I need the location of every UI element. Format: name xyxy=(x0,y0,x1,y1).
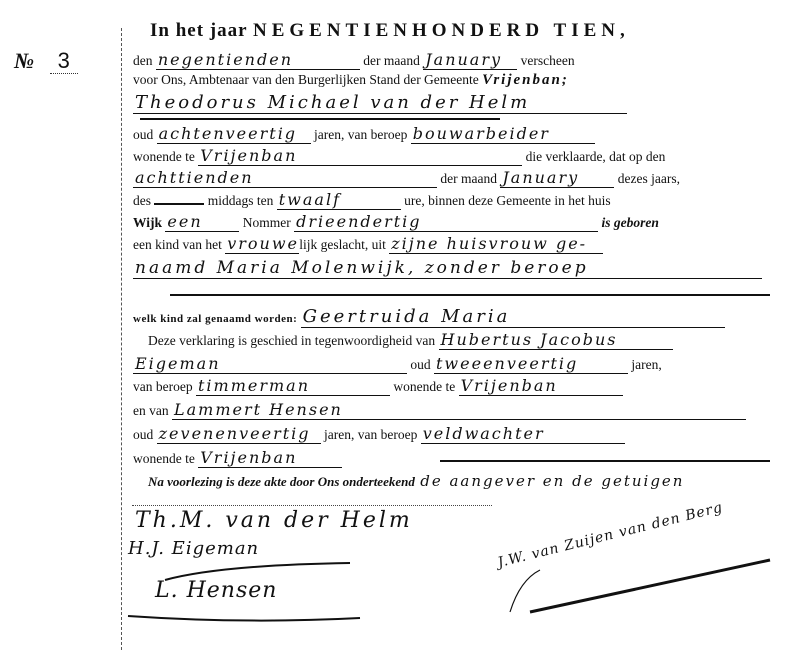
handwritten-birth-day: achttienden xyxy=(133,168,437,188)
static-text: des xyxy=(133,193,151,208)
line-witness2-residence: wonende te Vrijenban xyxy=(133,448,342,468)
handwritten-witness2-residence: Vrijenban xyxy=(198,448,342,468)
handwritten-nommer: drieendertig xyxy=(294,212,598,232)
static-text: oud xyxy=(410,357,430,372)
document-heading: In het jaar NEGENTIENHONDERD TIEN, xyxy=(150,20,630,42)
line-birth-time: des middags ten twaalf ure, binnen deze … xyxy=(133,190,611,210)
line-birth-date: achttienden der maand January dezes jaar… xyxy=(133,168,680,188)
handwritten-residence: Vrijenban xyxy=(198,146,522,166)
handwritten-witness2-occupation: veldwachter xyxy=(421,424,625,444)
handwritten-mother-a: zijne huisvrouw ge- xyxy=(389,234,603,254)
static-text: van beroep xyxy=(133,379,193,394)
flourish-witness2 xyxy=(125,610,365,630)
line-date: den negentienden der maand January versc… xyxy=(133,50,575,70)
static-text: ure, binnen deze Gemeente in het huis xyxy=(404,193,611,208)
handwritten-declarant-name: Theodorus Michael van der Helm xyxy=(133,92,627,114)
handwritten-witness1-occupation: timmerman xyxy=(196,376,390,396)
static-text: Wijk xyxy=(133,215,162,230)
static-text: der maand xyxy=(440,171,497,186)
static-text: oud xyxy=(133,127,153,142)
line-witness1: Deze verklaring is geschied in tegenwoor… xyxy=(148,330,673,350)
static-text: der maand xyxy=(363,53,420,68)
handwritten-witness2: Lammert Hensen xyxy=(172,400,746,420)
handwritten-occupation: bouwarbeider xyxy=(411,124,595,144)
static-text: den xyxy=(133,53,153,68)
line-sex-mother: een kind van het vrouwelijk geslacht, ui… xyxy=(133,234,603,254)
static-text: is geboren xyxy=(602,215,659,230)
handwritten-witness1-b: Eigeman xyxy=(133,354,407,374)
line-declarant: Theodorus Michael van der Helm xyxy=(133,92,627,114)
static-text: lijk geslacht, uit xyxy=(299,237,386,252)
line-residence: wonende te Vrijenban die verklaarde, dat… xyxy=(133,146,665,166)
static-text: oud xyxy=(133,427,153,442)
underline xyxy=(170,294,770,296)
static-text: Nommer xyxy=(243,215,291,230)
line-child-name: welk kind zal genaamd worden: Geertruida… xyxy=(133,306,725,328)
handwritten-witness1-a: Hubertus Jacobus xyxy=(439,330,673,350)
static-text: wonende te xyxy=(393,379,455,394)
handwritten-signers: de aangever en de getuigen xyxy=(418,472,686,490)
static-text: jaren, xyxy=(631,357,661,372)
static-text: dezes jaars, xyxy=(618,171,680,186)
handwritten-day: negentienden xyxy=(156,50,360,70)
static-text: middags ten xyxy=(208,193,274,208)
signature-line xyxy=(132,505,492,506)
static-text: wonende te xyxy=(133,451,195,466)
static-text: Deze verklaring is geschied in tegenwoor… xyxy=(148,333,435,348)
static-text: welk kind zal genaamd worden: xyxy=(133,313,297,325)
handwritten-month: January xyxy=(423,50,517,70)
static-text: Na voorlezing is deze akte door Ons onde… xyxy=(148,474,415,489)
line-registrar: voor Ons, Ambtenaar van den Burgerlijken… xyxy=(133,72,569,89)
handwritten-witness1-residence: Vrijenban xyxy=(459,376,623,396)
static-text: jaren, van beroep xyxy=(324,427,417,442)
static-text: voor Ons, Ambtenaar van den Burgerlijken… xyxy=(133,72,479,87)
static-text: en van xyxy=(133,403,169,418)
heading-year: NEGENTIENHONDERD TIEN, xyxy=(253,20,630,41)
handwritten-hour: twaalf xyxy=(277,190,401,210)
handwritten-witness2-age: zevenenveertig xyxy=(157,424,321,444)
line-mother: naamd Maria Molenwijk, zonder beroep xyxy=(133,258,762,279)
heading-prefix: In het jaar xyxy=(150,20,247,41)
handwritten-birth-month: January xyxy=(500,168,614,188)
handwritten-mother-b: naamd Maria Molenwijk, zonder beroep xyxy=(133,258,762,279)
underline xyxy=(140,118,500,120)
blank-field xyxy=(154,203,204,205)
handwritten-wijk: een xyxy=(165,212,239,232)
number-label: № xyxy=(14,48,34,73)
static-text: verscheen xyxy=(521,53,575,68)
line-declarant-age: oud achtenveertig jaren, van beroep bouw… xyxy=(133,124,595,144)
flourish-registrar xyxy=(480,540,780,620)
signature-witness2: L. Hensen xyxy=(155,578,277,603)
handwritten-child-name: Geertruida Maria xyxy=(301,306,725,328)
municipality: Vrijenban; xyxy=(482,72,569,88)
line-witness2-age: oud zevenenveertig jaren, van beroep vel… xyxy=(133,424,625,444)
certificate-number: № 3 xyxy=(14,48,78,74)
line-signed: Na voorlezing is deze akte door Ons onde… xyxy=(148,472,686,490)
line-address: Wijk een Nommer drieendertig is geboren xyxy=(133,212,659,232)
margin-rule xyxy=(121,28,122,650)
handwritten-age: achtenveertig xyxy=(157,124,311,144)
line-witness1-age: Eigeman oud tweeenveertig jaren, xyxy=(133,354,662,374)
handwritten-sex: vrouwe xyxy=(225,234,299,254)
static-text: wonende te xyxy=(133,149,195,164)
static-text: jaren, van beroep xyxy=(314,127,407,142)
signature-declarant: Th.M. van der Helm xyxy=(135,508,413,533)
static-text: een kind van het xyxy=(133,237,222,252)
number-value: 3 xyxy=(50,48,78,74)
handwritten-witness1-age: tweeenveertig xyxy=(434,354,628,374)
line-witness2: en van Lammert Hensen xyxy=(133,400,746,420)
underline xyxy=(440,460,770,462)
static-text: die verklaarde, dat op den xyxy=(526,149,666,164)
line-witness1-occupation: van beroep timmerman wonende te Vrijenba… xyxy=(133,376,623,396)
